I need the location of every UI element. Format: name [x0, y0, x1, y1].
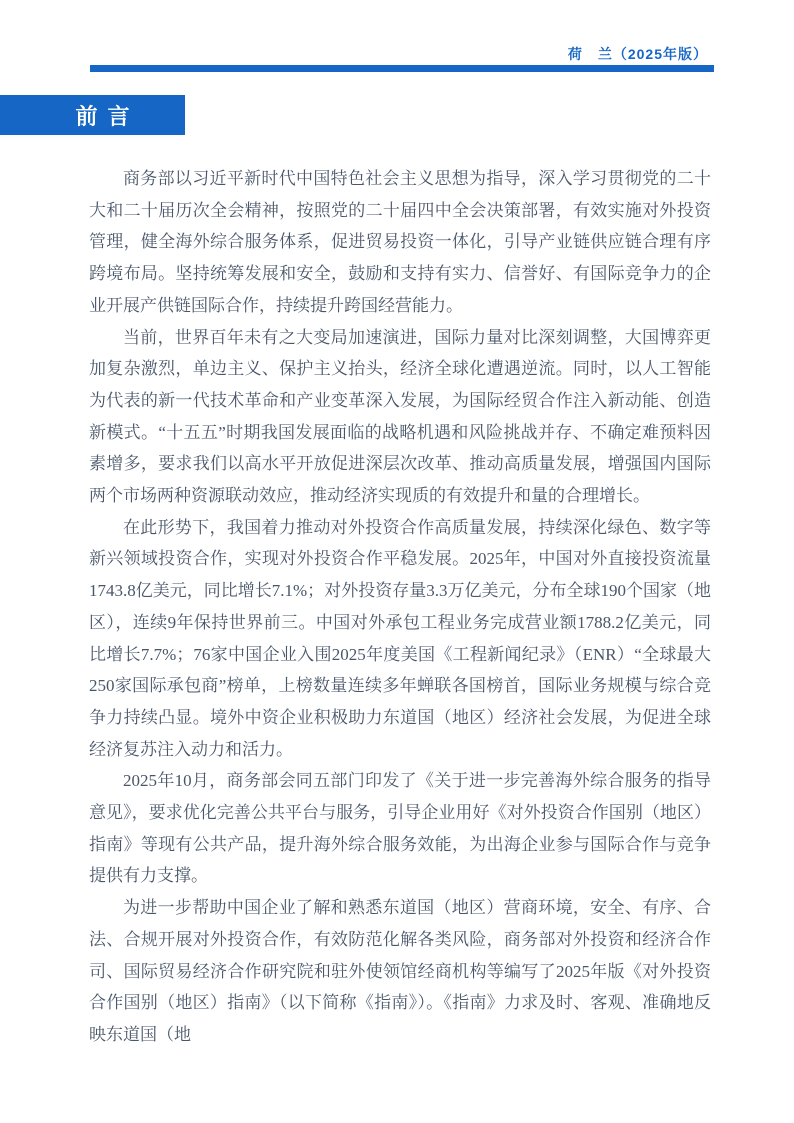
paragraph-1: 商务部以习近平新时代中国特色社会主义思想为指导，深入学习贯彻党的二十大和二十届历… [89, 163, 711, 322]
paragraph-5: 为进一步帮助中国企业了解和熟悉东道国（地区）营商环境，安全、有序、合法、合规开展… [89, 892, 711, 1051]
preface-banner: 前言 [0, 95, 185, 135]
preface-title: 前言 [75, 100, 139, 131]
edition-header: 荷 兰（2025年版） [568, 44, 708, 64]
document-page: 荷 兰（2025年版） 前言 商务部以习近平新时代中国特色社会主义思想为指导，深… [0, 0, 794, 1123]
paragraph-2: 当前，世界百年未有之大变局加速演进，国际力量对比深刻调整，大国博弈更加复杂激烈，… [89, 322, 711, 512]
header-rule [90, 65, 714, 72]
paragraph-4: 2025年10月，商务部会同五部门印发了《关于进一步完善海外综合服务的指导意见》… [89, 765, 711, 892]
paragraph-3: 在此形势下，我国着力推动对外投资合作高质量发展，持续深化绿色、数字等新兴领域投资… [89, 512, 711, 766]
document-body: 商务部以习近平新时代中国特色社会主义思想为指导，深入学习贯彻党的二十大和二十届历… [89, 163, 711, 1051]
